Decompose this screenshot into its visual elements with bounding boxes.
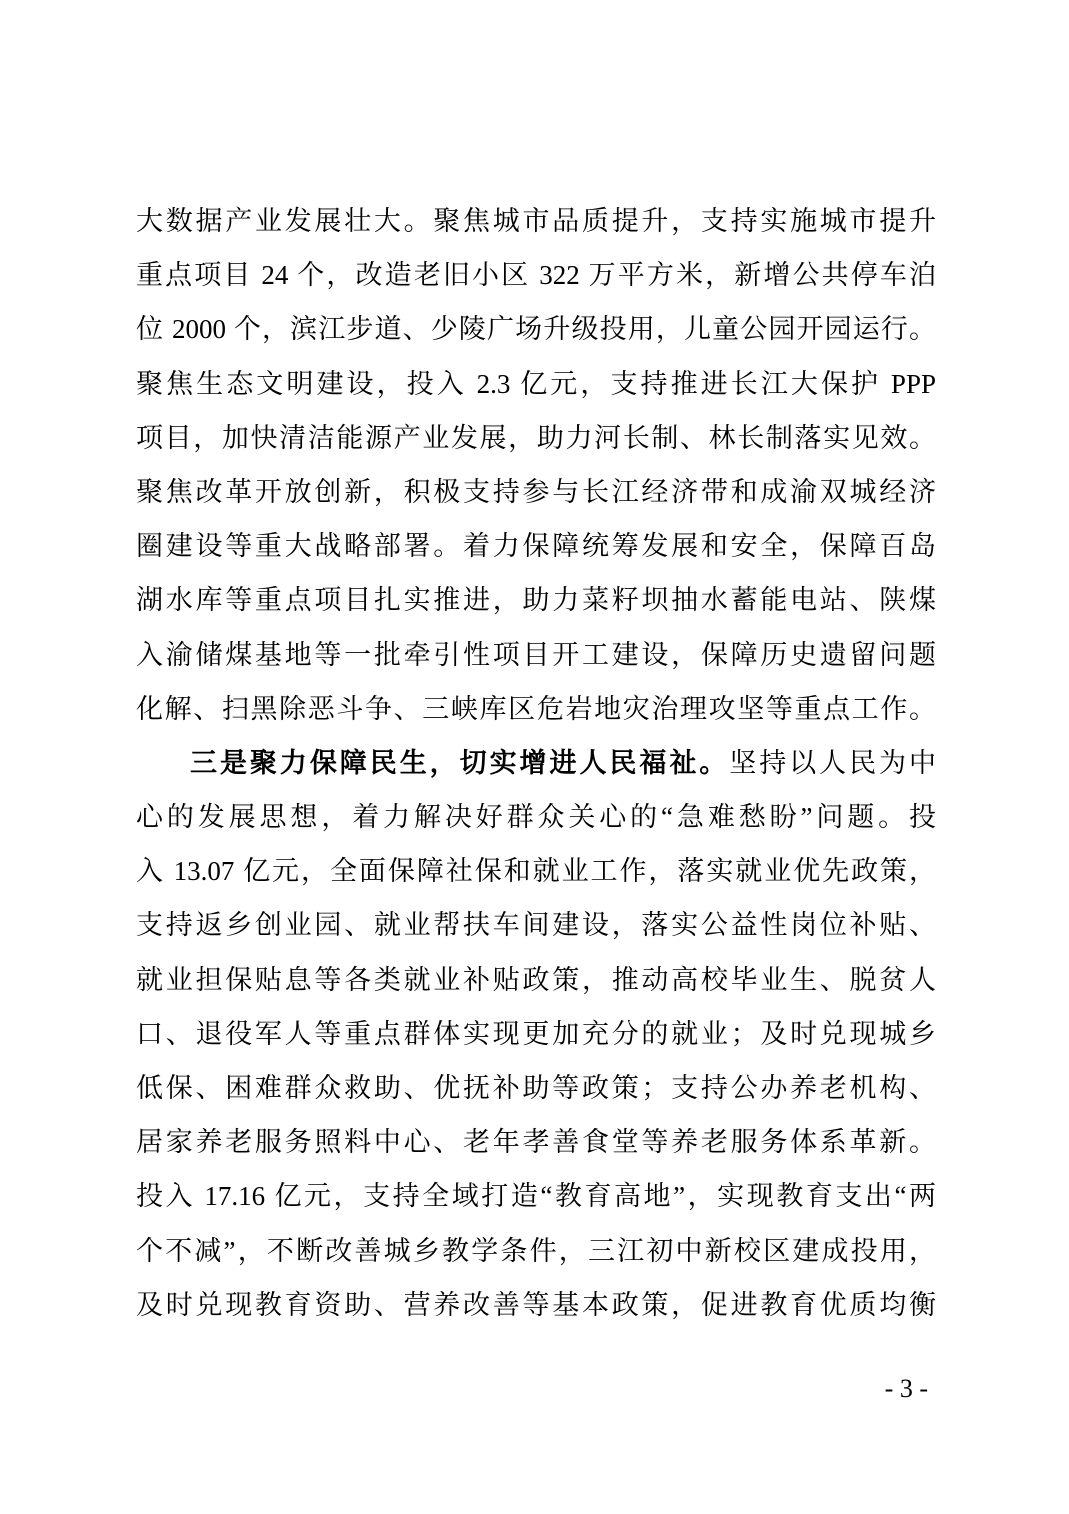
text-line: 大数据产业发展壮大。聚焦城市品质提升，支持实施城市提升 [136, 194, 936, 248]
text-line: 重点项目 24 个，改造老旧小区 322 万平方米，新增公共停车泊 [136, 248, 936, 302]
bold-lead-sentence: 三是聚力保障民生，切实增进人民福祉。 [190, 748, 729, 778]
text-line: 居家养老服务照料中心、老年孝善食堂等养老服务体系革新。 [136, 1115, 936, 1169]
text-line: 化解、扫黑除恶斗争、三峡库区危岩地灾治理攻坚等重点工作。 [136, 682, 936, 736]
text-line: 聚焦生态文明建设，投入 2.3 亿元，支持推进长江大保护 PPP [136, 357, 936, 411]
text-line: 个不减”，不断改善城乡教学条件，三江初中新校区建成投用， [136, 1224, 936, 1278]
text-line: 低保、困难群众救助、优抚补助等政策；支持公办养老机构、 [136, 1061, 936, 1115]
text-line: 投入 17.16 亿元，支持全域打造“教育高地”，实现教育支出“两 [136, 1169, 936, 1223]
document-page: 大数据产业发展壮大。聚焦城市品质提升，支持实施城市提升 重点项目 24 个，改造… [0, 0, 1069, 1514]
text-line-paragraph-start: 三是聚力保障民生，切实增进人民福祉。坚持以人民为中 [136, 736, 936, 790]
text-line: 口、退役军人等重点群体实现更加充分的就业；及时兑现城乡 [136, 1007, 936, 1061]
page-number: - 3 - [885, 1374, 928, 1404]
text-line: 圈建设等重大战略部署。着力保障统筹发展和安全，保障百岛 [136, 519, 936, 573]
text-line: 湖水库等重点项目扎实推进，助力菜籽坝抽水蓄能电站、陕煤 [136, 573, 936, 627]
text-line: 入渝储煤基地等一批牵引性项目开工建设，保障历史遗留问题 [136, 628, 936, 682]
text-line: 位 2000 个，滨江步道、少陵广场升级投用，儿童公园开园运行。 [136, 302, 936, 356]
text-line: 项目，加快清洁能源产业发展，助力河长制、林长制落实见效。 [136, 411, 936, 465]
text-line: 支持返乡创业园、就业帮扶车间建设，落实公益性岗位补贴、 [136, 898, 936, 952]
text-line: 及时兑现教育资助、营养改善等基本政策，促进教育优质均衡 [136, 1278, 936, 1332]
text-line: 入 13.07 亿元，全面保障社保和就业工作，落实就业优先政策， [136, 844, 936, 898]
text-line: 聚焦改革开放创新，积极支持参与长江经济带和成渝双城经济 [136, 465, 936, 519]
document-body: 大数据产业发展壮大。聚焦城市品质提升，支持实施城市提升 重点项目 24 个，改造… [136, 194, 936, 1332]
text-line: 就业担保贴息等各类就业补贴政策，推动高校毕业生、脱贫人 [136, 953, 936, 1007]
line-continuation-text: 坚持以人民为中 [729, 748, 936, 778]
text-line: 心的发展思想，着力解决好群众关心的“急难愁盼”问题。投 [136, 790, 936, 844]
